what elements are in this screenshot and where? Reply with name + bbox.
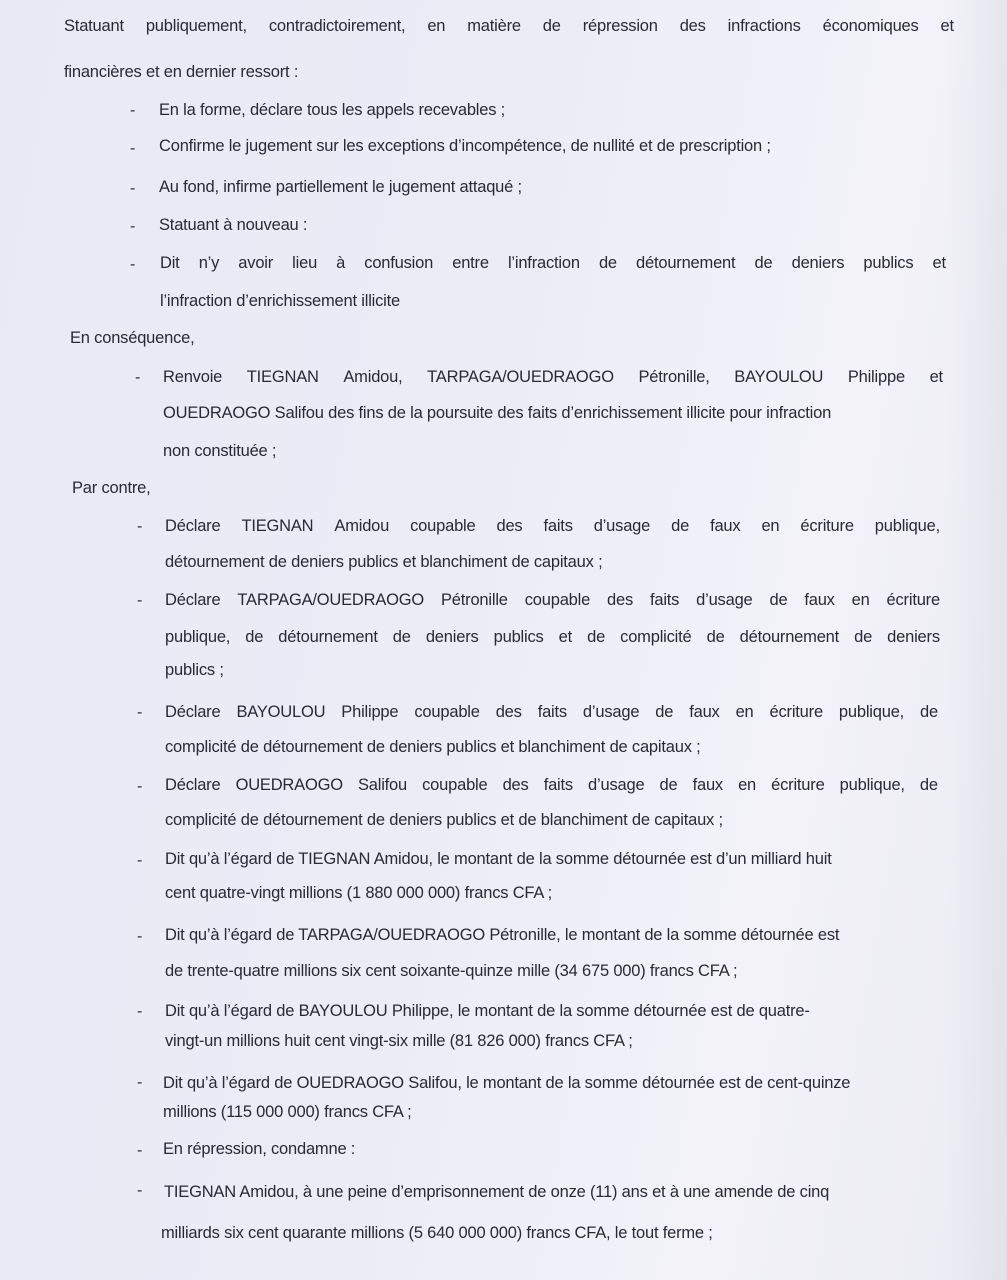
list-item-confusion-line-1: Ditn’yavoirlieuàconfusionentrel’infracti… <box>160 252 946 274</box>
word: TARPAGA/OUEDRAOGO <box>237 589 424 611</box>
word: en <box>761 515 779 537</box>
list-item-ouedraogo-montant-line-1: Dit qu’à l’égard de OUEDRAOGO Salifou, l… <box>163 1072 850 1094</box>
list-item-tarpaga-coupable-line-1: DéclareTARPAGA/OUEDRAOGOPétronillecoupab… <box>165 589 940 611</box>
list-bullet: - <box>137 516 142 538</box>
list-bullet: - <box>130 216 135 238</box>
list-item-tarpaga-coupable-line-2: publique,dedétournementdedenierspublicse… <box>165 626 940 648</box>
word: n’y <box>199 252 220 274</box>
word: de <box>707 626 725 648</box>
list-item-repression: En répression, condamne : <box>163 1138 355 1160</box>
word: l’infraction <box>508 252 580 274</box>
word: coupable <box>414 701 479 723</box>
word: répression <box>583 15 658 37</box>
word: de <box>393 626 411 648</box>
word: publique, <box>840 774 905 796</box>
list-item-tarpaga-montant-line-2: de trente-quatre millions six cent soixa… <box>165 960 737 982</box>
word: publics <box>863 252 913 274</box>
list-bullet: - <box>137 702 142 724</box>
list-bullet: - <box>137 1180 142 1202</box>
word: de <box>671 515 689 537</box>
word: publique, <box>165 626 230 648</box>
word: de <box>769 589 787 611</box>
list-bullet: - <box>137 1001 142 1023</box>
list-item-bayoulou-montant-line-1: Dit qu’à l’égard de BAYOULOU Philippe, l… <box>165 1000 810 1022</box>
list-item-renvoie-line-3: non constituée ; <box>163 440 276 462</box>
list-item-bayoulou-coupable-line-1: DéclareBAYOULOUPhilippecoupabledesfaitsd… <box>165 701 938 723</box>
list-item-tiegnan-peine-line-2: milliards six cent quarante millions (5 … <box>161 1222 713 1244</box>
list-item-bayoulou-coupable-line-2: complicité de détournement de deniers pu… <box>165 736 701 758</box>
word: Salifou <box>358 774 407 796</box>
word: TIEGNAN <box>247 366 319 388</box>
word: publique, <box>839 701 904 723</box>
word: écriture <box>770 701 823 723</box>
list-item-tiegnan-montant-line-2: cent quatre-vingt millions (1 880 000 00… <box>165 882 552 904</box>
word: deniers <box>426 626 479 648</box>
word: Pétronille, <box>638 366 709 388</box>
list-bullet: - <box>137 850 142 872</box>
word: infractions <box>728 15 801 37</box>
list-item-bayoulou-montant-line-2: vingt-un millions huit cent vingt-six mi… <box>165 1030 633 1052</box>
list-item-au-fond: Au fond, infirme partiellement le jugeme… <box>159 176 522 198</box>
word: en <box>852 589 870 611</box>
word: des <box>503 774 529 796</box>
word: Dit <box>160 252 180 274</box>
word: faits <box>544 774 573 796</box>
list-bullet: - <box>130 178 135 200</box>
word: économiques <box>823 15 919 37</box>
list-item-tiegnan-peine-line-1: TIEGNAN Amidou, à une peine d’emprisonne… <box>164 1181 829 1203</box>
word: d’usage <box>594 515 650 537</box>
word: et <box>559 626 572 648</box>
list-item-tarpaga-montant-line-1: Dit qu’à l’égard de TARPAGA/OUEDRAOGO Pé… <box>165 924 839 946</box>
word: coupable <box>410 515 475 537</box>
photo-shading <box>947 0 1007 1280</box>
word: en <box>738 774 756 796</box>
word: et <box>941 15 954 37</box>
word: publiquement, <box>146 15 247 37</box>
list-item-statuant: Statuant à nouveau : <box>159 214 307 236</box>
word: matière <box>467 15 521 37</box>
word: écriture <box>771 774 824 796</box>
word: et <box>933 252 946 274</box>
list-bullet: - <box>137 1140 142 1162</box>
word: faits <box>543 515 572 537</box>
word: entre <box>452 252 489 274</box>
word: de <box>755 252 773 274</box>
list-item-renvoie-line-2: OUEDRAOGO Salifou des fins de la poursui… <box>163 402 831 424</box>
word: de <box>245 626 263 648</box>
word: des <box>496 701 522 723</box>
word: d’usage <box>588 774 644 796</box>
heading-en-consequence: En conséquence, <box>70 327 195 349</box>
word: publics <box>494 626 544 648</box>
list-item-ouedraogo-montant-line-2: millions (115 000 000) francs CFA ; <box>163 1101 412 1123</box>
word: Philippe <box>341 701 398 723</box>
document-page: Statuantpubliquement,contradictoirement,… <box>0 0 1007 1280</box>
word: des <box>496 515 522 537</box>
intro-line-2: financières et en dernier ressort : <box>64 61 298 83</box>
word: Déclare <box>165 701 220 723</box>
intro-line-1: Statuantpubliquement,contradictoirement,… <box>64 15 954 37</box>
word: de <box>655 701 673 723</box>
word: en <box>736 701 754 723</box>
word: deniers <box>887 626 940 648</box>
word: des <box>680 15 706 37</box>
word: confusion <box>364 252 433 274</box>
list-item-appels: En la forme, déclare tous les appels rec… <box>159 99 505 121</box>
list-item-tiegnan-coupable-line-1: DéclareTIEGNANAmidoucoupabledesfaitsd’us… <box>165 515 940 537</box>
list-item-tiegnan-montant-line-1: Dit qu’à l’égard de TIEGNAN Amidou, le m… <box>165 848 832 870</box>
word: écriture <box>887 589 940 611</box>
word: de <box>587 626 605 648</box>
word: détournement <box>636 252 735 274</box>
word: BAYOULOU <box>734 366 823 388</box>
list-bullet: - <box>135 367 140 389</box>
list-bullet: - <box>137 926 142 948</box>
word: faux <box>804 589 834 611</box>
word: Déclare <box>165 589 220 611</box>
word: de <box>660 774 678 796</box>
word: à <box>336 252 345 274</box>
word: coupable <box>422 774 487 796</box>
word: Pétronille <box>441 589 508 611</box>
word: faux <box>710 515 740 537</box>
word: de <box>920 701 938 723</box>
word: détournement <box>740 626 839 648</box>
word: lieu <box>292 252 317 274</box>
list-item-confusion-line-2: l’infraction d’enrichissement illicite <box>160 290 400 312</box>
word: faux <box>689 701 719 723</box>
word: de <box>599 252 617 274</box>
word: OUEDRAOGO <box>236 774 343 796</box>
list-bullet: - <box>130 254 135 276</box>
word: d’usage <box>696 589 752 611</box>
word: détournement <box>278 626 377 648</box>
word: TARPAGA/OUEDRAOGO <box>427 366 614 388</box>
list-item-ouedraogo-coupable-line-1: DéclareOUEDRAOGOSalifoucoupabledesfaitsd… <box>165 774 938 796</box>
word: faux <box>693 774 723 796</box>
word: complicité <box>620 626 691 648</box>
word: avoir <box>238 252 273 274</box>
word: faits <box>650 589 679 611</box>
word: Amidou <box>334 515 389 537</box>
list-bullet: - <box>130 138 135 160</box>
word: écriture <box>800 515 853 537</box>
list-item-confirme: Confirme le jugement sur les exceptions … <box>159 135 771 157</box>
word: et <box>930 366 943 388</box>
word: Déclare <box>165 774 220 796</box>
word: Statuant <box>64 15 124 37</box>
word: BAYOULOU <box>236 701 325 723</box>
word: de <box>543 15 561 37</box>
word: deniers <box>792 252 845 274</box>
list-bullet: - <box>137 776 142 798</box>
word: publique, <box>875 515 940 537</box>
word: en <box>427 15 445 37</box>
list-item-ouedraogo-coupable-line-2: complicité de détournement de deniers pu… <box>165 809 723 831</box>
word: des <box>607 589 633 611</box>
list-bullet: - <box>137 590 142 612</box>
word: d’usage <box>583 701 639 723</box>
word: de <box>854 626 872 648</box>
list-item-tarpaga-coupable-line-3: publics ; <box>165 659 224 681</box>
word: de <box>920 774 938 796</box>
list-item-renvoie-line-1: RenvoieTIEGNANAmidou,TARPAGA/OUEDRAOGOPé… <box>163 366 943 388</box>
word: coupable <box>525 589 590 611</box>
word: Philippe <box>848 366 905 388</box>
heading-par-contre: Par contre, <box>72 477 151 499</box>
word: Renvoie <box>163 366 222 388</box>
word: faits <box>538 701 567 723</box>
word: Déclare <box>165 515 220 537</box>
word: Amidou, <box>343 366 402 388</box>
list-bullet: - <box>130 100 135 122</box>
word: TIEGNAN <box>241 515 313 537</box>
word: contradictoirement, <box>269 15 406 37</box>
list-bullet: - <box>137 1072 142 1094</box>
list-item-tiegnan-coupable-line-2: détournement de deniers publics et blanc… <box>165 551 602 573</box>
